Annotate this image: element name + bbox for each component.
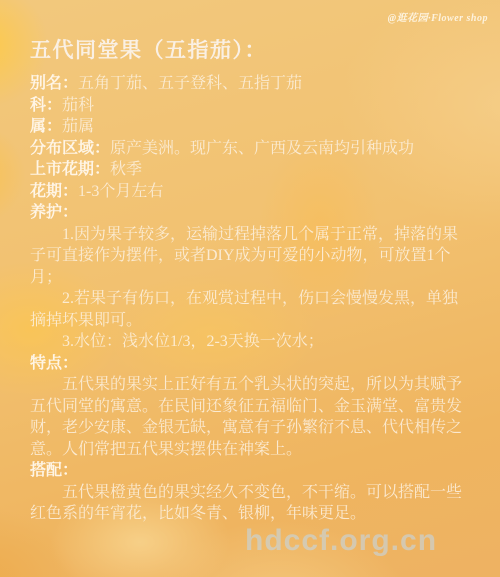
info-value: 原产美洲。现广东、广西及云南均引种成功 (110, 140, 414, 157)
page-title: 五代同堂果（五指茄）： (30, 34, 472, 64)
paragraph: 3.水位：浅水位1/3，2-3天换一次水； (30, 331, 472, 353)
info-line-genus: 属：茄属 (30, 116, 472, 138)
info-value: 茄科 (62, 97, 94, 114)
info-label: 分布区域： (30, 140, 110, 157)
section-care: 养护： 1.因为果子较多，运输过程掉落几个属于正常，掉落的果子可直接作为摆件，或… (30, 202, 472, 353)
info-label: 别名： (30, 75, 78, 92)
info-label: 上市花期： (30, 161, 110, 178)
info-label: 科： (30, 97, 62, 114)
section-pairing: 搭配： 五代果橙黄色的果实经久不变色，不干缩。可以搭配一些红色系的年宵花，比如冬… (30, 460, 472, 525)
info-label: 花期： (30, 183, 78, 200)
info-line-alias: 别名：五角丁茄、五子登科、五指丁茄 (30, 73, 472, 95)
paragraph: 1.因为果子较多，运输过程掉落几个属于正常，掉落的果子可直接作为摆件，或者DIY… (30, 224, 472, 289)
site-watermark: hdccf.org.cn (245, 524, 437, 558)
info-value: 1-3个月左右 (78, 183, 163, 200)
section-heading: 养护： (30, 202, 472, 224)
info-card: 五代同堂果（五指茄）： 别名：五角丁茄、五子登科、五指丁茄 科：茄科 属：茄属 … (30, 34, 472, 525)
brand-watermark: @逛花园·Flower shop (388, 9, 488, 24)
info-line-flowering-period: 花期：1-3个月左右 (30, 181, 472, 203)
paragraph: 五代果的果实上正好有五个乳头状的突起，所以为其赋予五代同堂的寓意。在民间还象征五… (30, 374, 472, 460)
paragraph: 2.若果子有伤口，在观赏过程中，伤口会慢慢发黑，单独摘掉坏果即可。 (30, 288, 472, 331)
info-value: 秋季 (110, 161, 142, 178)
section-features: 特点： 五代果的果实上正好有五个乳头状的突起，所以为其赋予五代同堂的寓意。在民间… (30, 353, 472, 461)
info-line-distribution: 分布区域：原产美洲。现广东、广西及云南均引种成功 (30, 138, 472, 160)
info-line-market-season: 上市花期：秋季 (30, 159, 472, 181)
section-heading: 搭配： (30, 460, 472, 482)
section-heading: 特点： (30, 353, 472, 375)
info-value: 茄属 (62, 118, 94, 135)
poster-background: @逛花园·Flower shop 五代同堂果（五指茄）： 别名：五角丁茄、五子登… (0, 0, 500, 577)
paragraph: 五代果橙黄色的果实经久不变色，不干缩。可以搭配一些红色系的年宵花，比如冬青、银柳… (30, 482, 472, 525)
info-value: 五角丁茄、五子登科、五指丁茄 (78, 75, 302, 92)
info-line-family: 科：茄科 (30, 95, 472, 117)
info-label: 属： (30, 118, 62, 135)
